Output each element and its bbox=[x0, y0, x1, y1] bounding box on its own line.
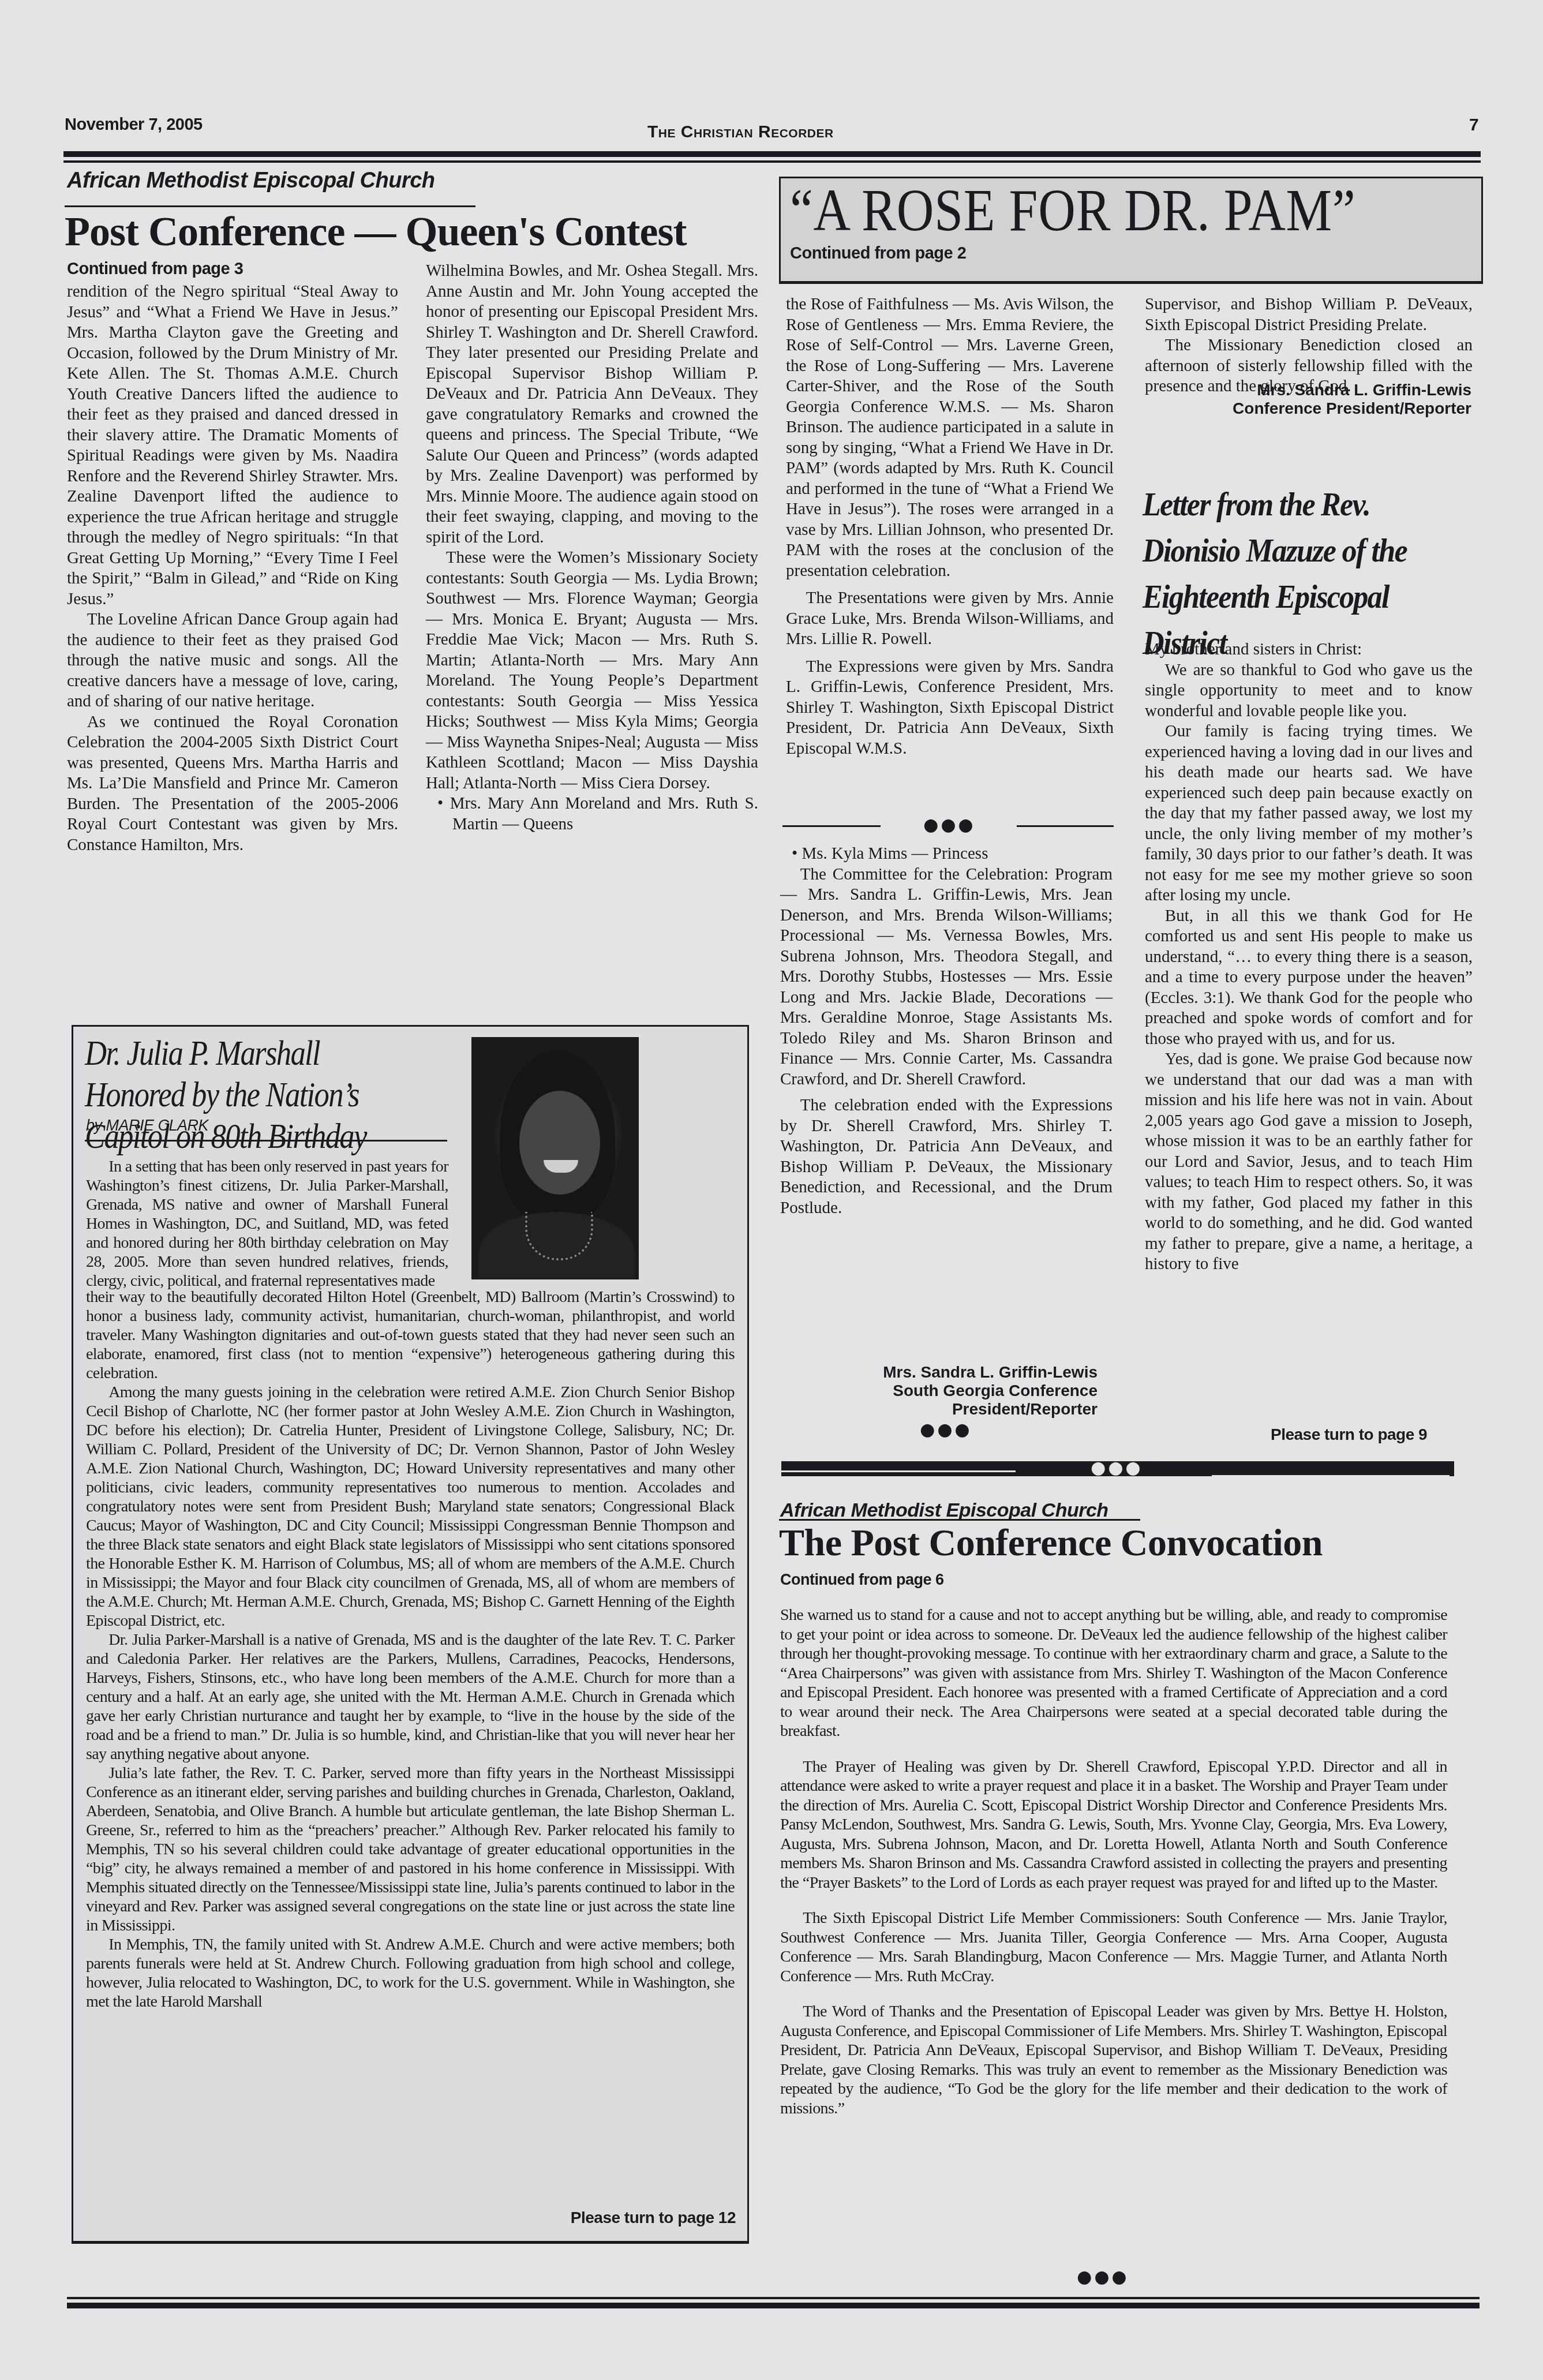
ornament-dots: ●●● bbox=[1077, 2267, 1129, 2287]
continued-from: Continued from page 6 bbox=[780, 1571, 944, 1589]
queens-col2: Wilhelmina Bowles, and Mr. Oshea Stegall… bbox=[426, 261, 758, 835]
paragraph: In a setting that has been only reserved… bbox=[86, 1157, 448, 1290]
paragraph: Julia’s late father, the Rev. T. C. Park… bbox=[86, 1764, 735, 1935]
divider-left bbox=[782, 825, 881, 827]
ornament-dots: ●●● bbox=[923, 815, 976, 835]
marshall-article-box: Dr. Julia P. Marshall Honored by the Nat… bbox=[72, 1025, 749, 2244]
paragraph: The celebration ended with the Expressio… bbox=[780, 1095, 1113, 1218]
list-item: • Mrs. Mary Ann Moreland and Mrs. Ruth S… bbox=[426, 794, 758, 835]
paragraph: Among the many guests joining in the cel… bbox=[86, 1383, 735, 1630]
salutation: My brother and sisters in Christ: bbox=[1145, 639, 1473, 660]
publication-name: The Christian Recorder bbox=[647, 122, 834, 142]
signature: Mrs. Sandra L. Griffin-Lewis Conference … bbox=[1145, 381, 1471, 418]
paragraph: the Rose of Faithfulness — Ms. Avis Wils… bbox=[786, 294, 1114, 581]
jump-link[interactable]: Please turn to page 9 bbox=[1271, 1425, 1427, 1444]
letter-body: My brother and sisters in Christ: We are… bbox=[1145, 639, 1473, 1275]
signature-title: South Georgia Conference bbox=[780, 1382, 1098, 1400]
continued-from: Continued from page 2 bbox=[790, 244, 966, 263]
paragraph: The Loveline African Dance Group again h… bbox=[67, 609, 398, 712]
paragraph: The Sixth Episcopal District Life Member… bbox=[780, 1909, 1447, 1986]
page-number: 7 bbox=[1469, 115, 1479, 135]
paragraph: The Word of Thanks and the Presentation … bbox=[780, 2002, 1447, 2118]
portrait-photo bbox=[471, 1037, 639, 1279]
paragraph: The Expressions were given by Mrs. Sandr… bbox=[786, 657, 1114, 759]
paragraph: In Memphis, TN, the family united with S… bbox=[86, 1935, 735, 2011]
list-item: • Ms. Kyla Mims — Princess bbox=[780, 844, 1113, 865]
continued-from: Continued from page 3 bbox=[67, 260, 243, 279]
paragraph: We are so thankful to God who gave us th… bbox=[1145, 660, 1473, 722]
ornament-dots: ●●● bbox=[1091, 1458, 1143, 1478]
queens-col1: rendition of the Negro spiritual “Steal … bbox=[67, 282, 398, 855]
signature-title: Conference President/Reporter bbox=[1145, 399, 1471, 418]
paragraph: As we continued the Royal Coronation Cel… bbox=[67, 712, 398, 856]
paragraph: Supervisor, and Bishop William P. DeVeau… bbox=[1145, 294, 1473, 335]
paragraph: The Prayer of Healing was given by Dr. S… bbox=[780, 1757, 1447, 1893]
article-headline: Letter from the Rev. Dionisio Mazuze of … bbox=[1143, 481, 1444, 666]
paragraph: The Presentations were given by Mrs. Ann… bbox=[786, 588, 1114, 650]
paragraph: Wilhelmina Bowles, and Mr. Oshea Stegall… bbox=[426, 261, 758, 548]
paragraph: their way to the beautifully decorated H… bbox=[86, 1288, 735, 1383]
paragraph: The Committee for the Celebration: Progr… bbox=[780, 865, 1113, 1090]
article-headline: “A ROSE FOR DR. PAM” bbox=[790, 176, 1356, 245]
marshall-intro: In a setting that has been only reserved… bbox=[86, 1157, 448, 1290]
footer-rule-thin bbox=[67, 2297, 1480, 2299]
divider-stripe-left bbox=[781, 1470, 1016, 1472]
byline: by MARIE CLARK bbox=[86, 1117, 208, 1135]
masthead-rule-thin bbox=[63, 160, 1481, 163]
section-kicker: African Methodist Episcopal Church bbox=[67, 169, 435, 193]
paragraph: Yes, dad is gone. We praise God because … bbox=[1145, 1049, 1473, 1275]
paragraph: She warned us to stand for a cause and n… bbox=[780, 1606, 1447, 1741]
signature-title: President/Reporter bbox=[780, 1400, 1098, 1419]
divider-right bbox=[1017, 825, 1114, 827]
paragraph: Dr. Julia Parker-Marshall is a native of… bbox=[86, 1630, 735, 1764]
kicker-underline bbox=[779, 1519, 1140, 1521]
paragraph: rendition of the Negro spiritual “Steal … bbox=[67, 282, 398, 609]
signature: Mrs. Sandra L. Griffin-Lewis South Georg… bbox=[780, 1363, 1098, 1419]
signature-name: Mrs. Sandra L. Griffin-Lewis bbox=[780, 1363, 1098, 1382]
queens-continued: • Ms. Kyla Mims — Princess The Committee… bbox=[780, 844, 1113, 1218]
marshall-body: their way to the beautifully decorated H… bbox=[86, 1288, 735, 2011]
paragraph: These were the Women’s Missionary Societ… bbox=[426, 548, 758, 794]
rose-col1: the Rose of Faithfulness — Ms. Avis Wils… bbox=[786, 294, 1114, 759]
paragraph: But, in all this we thank God for He com… bbox=[1145, 906, 1473, 1050]
byline-underline bbox=[85, 1140, 447, 1142]
article-headline: The Post Conference Convocation bbox=[779, 1521, 1323, 1565]
jump-link[interactable]: Please turn to page 12 bbox=[571, 2209, 736, 2227]
article-headline: Post Conference — Queen's Contest bbox=[65, 208, 687, 256]
ornament-dots: ●●● bbox=[920, 1420, 972, 1440]
kicker-underline bbox=[65, 205, 475, 207]
paragraph: Our family is facing trying times. We ex… bbox=[1145, 721, 1473, 906]
signature-name: Mrs. Sandra L. Griffin-Lewis bbox=[1145, 381, 1471, 399]
divider-stripe-right bbox=[1212, 1475, 1450, 1477]
article-headline: Dr. Julia P. Marshall Honored by the Nat… bbox=[85, 1032, 409, 1157]
masthead-rule-thick bbox=[63, 151, 1481, 157]
issue-date: November 7, 2005 bbox=[65, 115, 203, 134]
convocation-body: She warned us to stand for a cause and n… bbox=[780, 1606, 1447, 2118]
footer-rule-thick bbox=[67, 2303, 1480, 2308]
rose-headline-box: “A ROSE FOR DR. PAM” Continued from page… bbox=[779, 177, 1483, 284]
